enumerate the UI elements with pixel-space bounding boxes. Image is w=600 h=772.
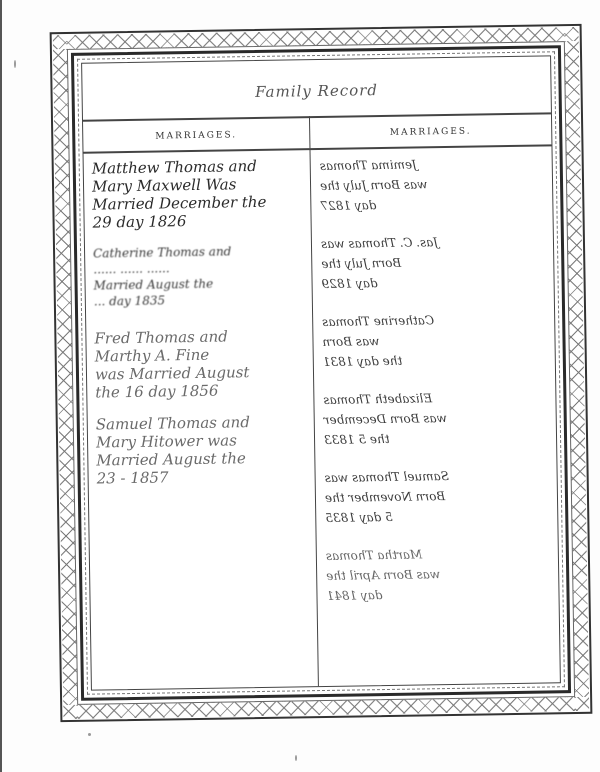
entry-line: the 5 1833 [324,427,524,450]
entry-line: ... day 1835 [94,290,306,309]
scan-speck [295,755,297,761]
record-panel: Family Record MARRIAGES. MARRIAGES. Matt… [81,55,561,690]
entry-line: 23 - 1857 [96,466,308,487]
bleed-through-entry: Elizabeth Thomas was Born December the 5… [323,387,524,450]
entry-line: 5 day 1835 [325,505,525,528]
marriage-entry: Samuel Thomas and Mary Hitower was Marri… [96,412,309,487]
column-header-left: MARRIAGES. [83,120,309,152]
record-page-frame: Family Record MARRIAGES. MARRIAGES. Matt… [50,24,593,722]
entry-line: day 1829 [321,271,521,294]
entry-line: day 1827 [320,193,520,216]
marriage-entry: Catherine Thomas and ...... ...... .....… [93,242,306,309]
entry-line: the day 1831 [323,349,523,372]
bleed-through-entry: Jemima Thomas was Born July the day 1827 [320,153,521,216]
column-divider [309,116,319,686]
entry-line: day 1841 [326,583,526,606]
bleed-through-entry: Jas. C. Thomas was Born July the day 182… [321,231,522,294]
scan-speck [14,60,16,68]
marriage-entry: Matthew Thomas and Mary Maxwell Was Marr… [92,156,305,231]
entry-line: 29 day 1826 [92,210,304,231]
entry-line: the 16 day 1856 [95,380,307,401]
marriages-right-column: Jemima Thomas was Born July the day 1827… [320,153,527,624]
bleed-through-entry: Martha Thomas was Born April the day 184… [326,543,527,606]
marriage-entry: Fred Thomas and Marthy A. Fine was Marri… [94,326,307,401]
scan-speck [88,733,91,736]
bleed-through-entry: Catherine Thomas was Born the day 1831 [322,309,523,372]
bleed-through-entry: Samuel Thomas was Born November the 5 da… [324,465,525,528]
page-title: Family Record [82,78,550,103]
marriages-left-column: Matthew Thomas and Mary Maxwell Was Marr… [92,156,309,501]
scan-edge [0,0,2,772]
column-header-right: MARRIAGES. [310,116,551,148]
